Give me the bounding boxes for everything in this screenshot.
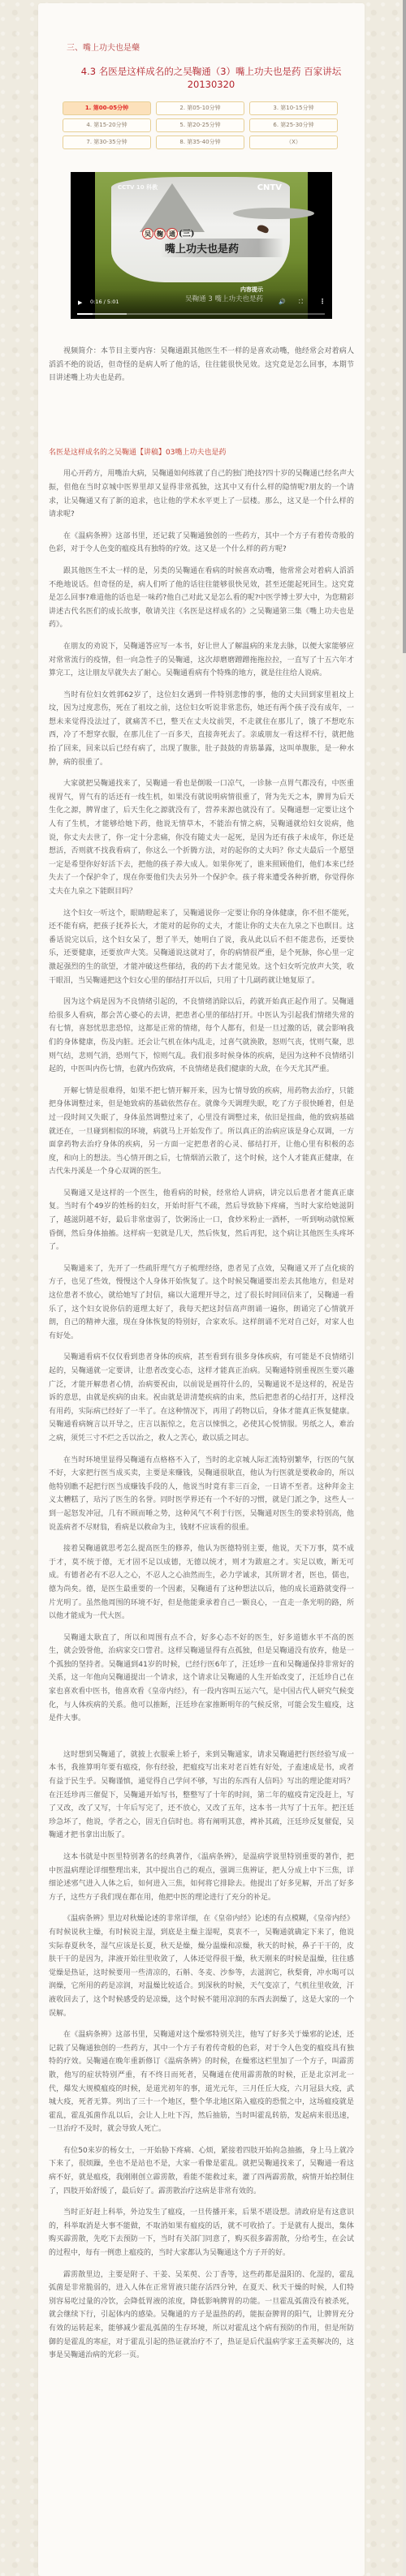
video-segment-list: 1. 第00-05分钟 2. 第05-10分钟 3. 第10-15分钟 4. 第…: [63, 101, 339, 149]
paragraph: 当时正好赶上科举，外边发生了瘟疫，一旦传播开来，后果不堪设想。清政府是有这意识的…: [49, 2206, 354, 2260]
paragraph: 吴鞠通看病不仅仅看到患者身体的疾病，甚至看到有很多身体疾病，有可能是不良情绪引起…: [49, 1351, 354, 1445]
paragraph: 这个妇女一听这个，眼睛瞪起来了，吴鞠通说你一定要让你的身体健康，你不但不能死，还…: [49, 907, 354, 988]
paragraph: 因为这个病是因为不良情绪引起的，不良情绪消除以后，药就开始真正起作用了。吴鞠通给…: [49, 996, 354, 1077]
more-options-icon[interactable]: ⋮: [319, 298, 326, 305]
paragraph: 这时想到吴鞠通了，就披上衣服乘上轿子，来到吴鞠通家，请求吴鞠通把行医经验写成一本…: [49, 1748, 354, 1843]
paragraph: 用心开药方，用嘴治大病，吴鞠通如何练就了自己的独门绝技?四十岁的吴鞠通已经名声大…: [49, 467, 354, 521]
segment-button-5[interactable]: 5. 第20-25分钟: [156, 118, 244, 132]
segment-button-7[interactable]: 7. 第30-35分钟: [63, 135, 151, 149]
show-name-char-1: 吴: [142, 228, 153, 239]
video-progress-bar[interactable]: [77, 313, 325, 315]
show-name-char-3: 通: [166, 228, 178, 239]
show-name-suffix: (三): [179, 230, 194, 239]
paragraph: 吴鞠通太耿直了，所以和周围有点不合，好多心态不好的医生，好多道德水平不高的医生，…: [49, 1632, 354, 1726]
scrollbar-thumb[interactable]: [403, 0, 406, 653]
segment-button-4[interactable]: 4. 第15-20分钟: [63, 118, 151, 132]
segment-button-6[interactable]: 6. 第25-30分钟: [249, 118, 338, 132]
volume-icon[interactable]: 🔊: [279, 299, 286, 305]
paragraph: 接着吴鞠通就思考怎么提高医生的修养，他认为医德特别主要，他说，天下万事，莫不成于…: [49, 1542, 354, 1623]
segment-button-close[interactable]: （X）: [249, 135, 338, 149]
video-controls: ▶ 0:16 / 5:01 🔊 ⛶ ⋮: [71, 290, 332, 319]
paragraph: 在《温病条辨》这部书里，吴鞠通对这个燥邪特别关注，他写了好多关于燥邪的论述，还记…: [49, 2028, 354, 2136]
transcript-heading: 名医是这样成名的之吴鞠通【讲稿】03嘴上功夫也是药: [49, 446, 354, 460]
segment-button-2[interactable]: 2. 第05-10分钟: [156, 101, 244, 115]
segment-button-3[interactable]: 3. 第10-15分钟: [249, 101, 338, 115]
video-player[interactable]: CCTV 10 科教 CNTV 吴鞠通(三) 嘴上功夫也是药 内容提示 吴鞠通 …: [71, 172, 332, 319]
paragraph: 当时有位妇女姓郭62岁了，这位妇女遇到一件特别悲惨的事，他的丈夫回到家里祖坟上坟…: [49, 689, 354, 770]
butterfly-illustration: [257, 224, 270, 234]
video-intro: 视频简介：本节目主要内容：吴鞠通跟其他医生不一样的是喜欢动嘴，他经常会对着病人滔…: [49, 345, 354, 385]
paragraph: 在当时环境里显得吴鞠通有点格格不入了，当时的北京城人际汇流特别繁华，行医的气氛不…: [49, 1454, 354, 1535]
paragraph: 跟其他医生不太一样的是，另类的吴鞠通在看病的时候喜欢动嘴，他常常会对着病人滔滔不…: [49, 565, 354, 632]
paragraph: 大家就把吴鞠通找来了，吴鞠通一看也是倒吸一口凉气，一诊脉一点胃气都没有，中医重视…: [49, 777, 354, 898]
section-heading: 三、嘴上功夫也是藥: [67, 41, 140, 53]
cntv-logo: CNTV: [257, 183, 282, 192]
page-title: 4.3 名医是这样成名的之吴鞠通（3）嘴上功夫也是药 百家讲坛 20130320: [69, 65, 353, 91]
video-scene: [111, 177, 290, 282]
cloud-illustration: [233, 208, 314, 219]
paragraph: 《温病条辨》里边对秋燥论述的非常详细，在《皇帝内经》论述的有点模糊，《皇帝内经》…: [49, 1912, 354, 2020]
paragraph: 有位50来岁的杨女士，一开始胁下疼痛、心烦，紧接着四肢开始拘急抽搐，身上马上就冷…: [49, 2144, 354, 2198]
paragraph: 在《温病条辨》这部书里，还记载了吴鞠通独创的一些药方，其中一个方子有着传奇般的色…: [49, 530, 354, 557]
channel-logo: CCTV 10 科教: [118, 183, 158, 191]
page-scrollbar[interactable]: [403, 0, 406, 2576]
paragraph: 霹雳散里边，主要是附子、干姜、吴茱萸、公丁香等，这些药都是温阳的、化湿的，霍乱弧…: [49, 2269, 354, 2363]
fullscreen-icon[interactable]: ⛶: [299, 299, 303, 306]
video-time-display: 0:16 / 5:01: [90, 299, 119, 305]
episode-title-overlay: 嘴上功夫也是药: [160, 239, 283, 257]
article-content: 视频简介：本节目主要内容：吴鞠通跟其他医生不一样的是喜欢动嘴，他经常会对着病人滔…: [49, 345, 354, 2371]
segment-button-8[interactable]: 8. 第35-40分钟: [156, 135, 244, 149]
paragraph: 开解七情是很难得，如果不把七情开解开来，因为七情导致的疾病，用药物去治疗，只能把…: [49, 1085, 354, 1179]
progress-played: [77, 313, 93, 315]
paragraph: 这本书就是中医里特别著名的经典著作，《温病条辨》，是温病学说里特别重要的著作，把…: [49, 1851, 354, 1904]
play-icon[interactable]: ▶: [78, 299, 82, 306]
segment-button-1[interactable]: 1. 第00-05分钟: [63, 101, 151, 115]
paragraph: 在朋友的劝说下，吴鞠通答应写一本书，好让世人了解温病的来龙去脉，以便大家能够应对…: [49, 640, 354, 681]
paragraph: 吴鞠通又是这样的一个医生，他看病的时候，经常给人讲病，讲完以后患者才能真正康复。…: [49, 1187, 354, 1254]
show-name-badge: 吴鞠通(三): [142, 226, 194, 239]
paragraph: 吴鞠通来了，先开了一些疏肝理气方子梳理经络，患者见了点效，吴鞠通又开了点化痰的方…: [49, 1262, 354, 1344]
show-name-char-2: 鞠: [154, 228, 166, 239]
